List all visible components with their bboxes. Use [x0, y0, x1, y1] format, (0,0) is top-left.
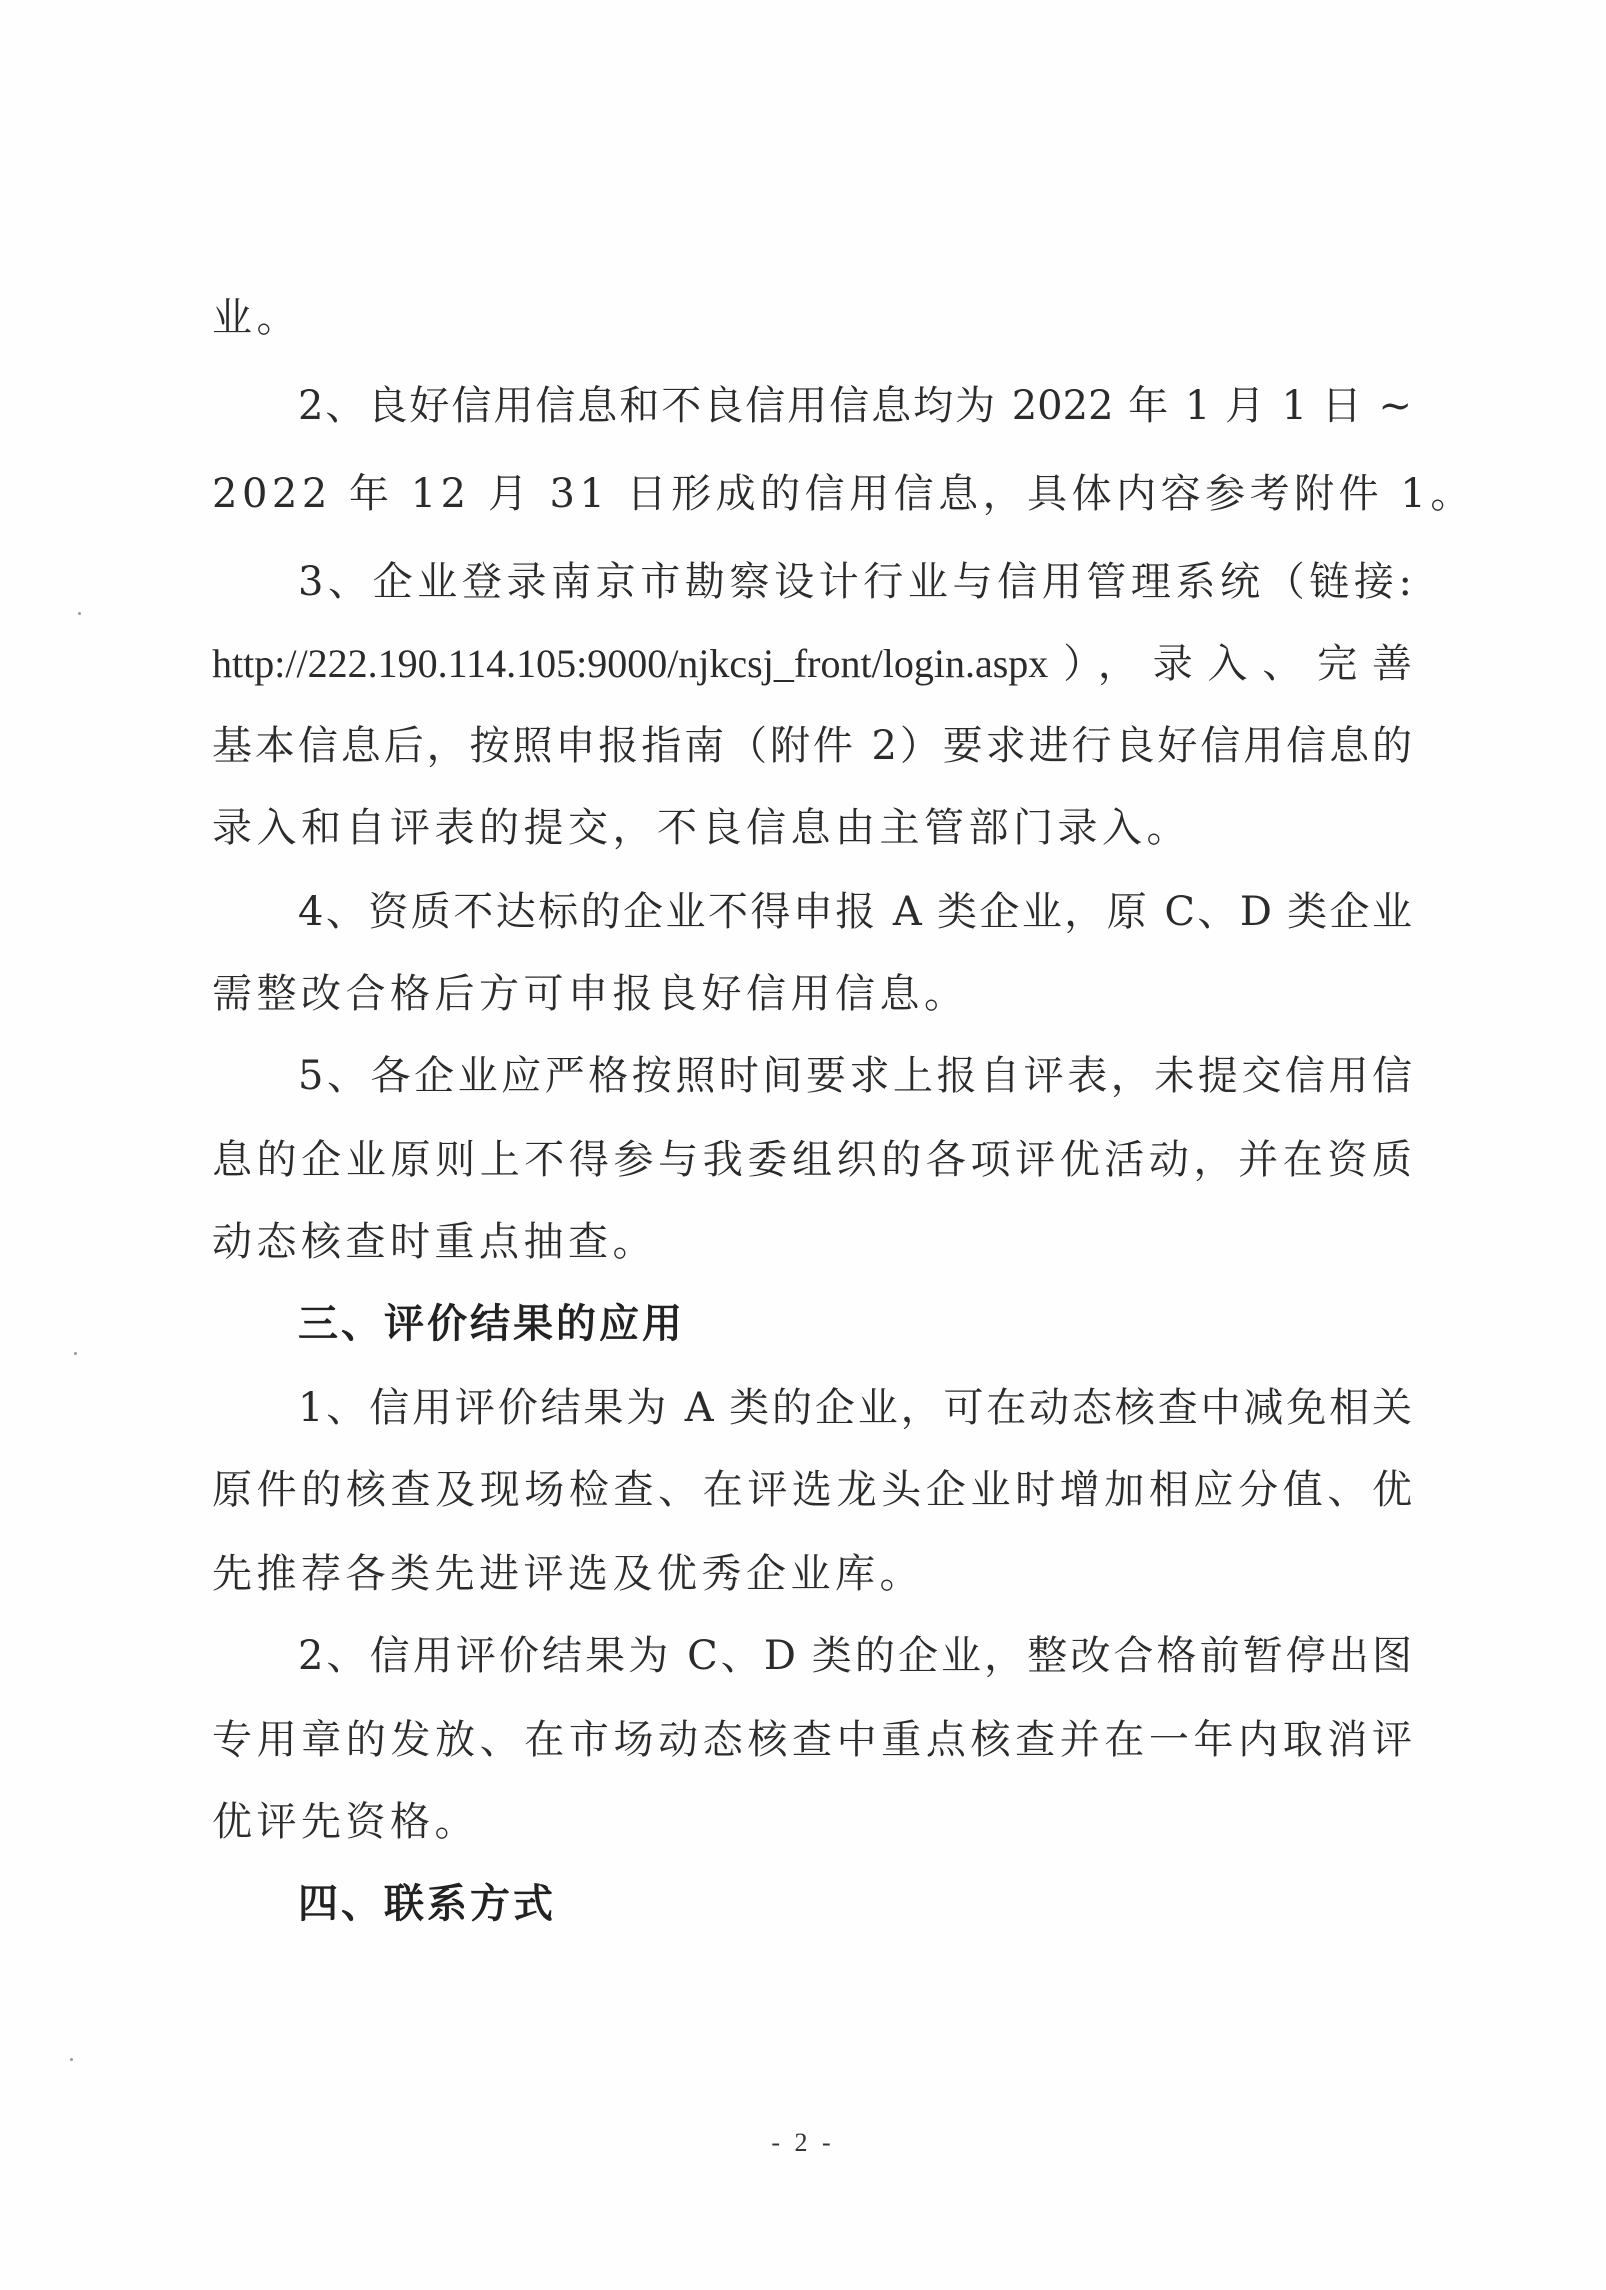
section-heading: 四、联系方式 [298, 1876, 1498, 1932]
paragraph-line: 录入和自评表的提交，不良信息由主管部门录入。 [212, 800, 1412, 856]
paragraph-line: 需整改合格后方可申报良好信用信息。 [212, 966, 1412, 1022]
scan-speck [78, 612, 81, 615]
paragraph-line: 专用章的发放、在市场动态核查中重点核查并在一年内取消评 [212, 1712, 1412, 1768]
paragraph-line: 2、信用评价结果为 C、D 类的企业，整改合格前暂停出图 [298, 1628, 1412, 1684]
paragraph-line: 2、良好信用信息和不良信用信息均为 2022 年 1 月 1 日 ~ [298, 378, 1412, 434]
paragraph-line: 基本信息后，按照申报指南（附件 2）要求进行良好信用信息的 [212, 718, 1412, 774]
scan-speck [74, 1352, 77, 1355]
paragraph-line: http://222.190.114.105:9000/njkcsj_front… [212, 636, 1412, 692]
paragraph-line: 动态核查时重点抽查。 [212, 1214, 1412, 1270]
section-heading: 三、评价结果的应用 [298, 1296, 1498, 1352]
paragraph-line: 先推荐各类先进评选及优秀企业库。 [212, 1546, 1412, 1602]
paragraph-line: 原件的核查及现场检查、在评选龙头企业时增加相应分值、优 [212, 1462, 1412, 1518]
document-page: 业。2、良好信用信息和不良信用信息均为 2022 年 1 月 1 日 ~2022… [0, 0, 1606, 2290]
paragraph-line: 2022 年 12 月 31 日形成的信用信息，具体内容参考附件 1。 [212, 466, 1412, 522]
paragraph-line: 优评先资格。 [212, 1794, 1412, 1850]
paragraph-line: 3、企业登录南京市勘察设计行业与信用管理系统（链接: [298, 554, 1412, 610]
paragraph-line: 4、资质不达标的企业不得申报 A 类企业，原 C、D 类企业 [298, 884, 1412, 940]
scan-speck [70, 2058, 73, 2061]
page-number: - 2 - [0, 2128, 1606, 2158]
paragraph-line: 息的企业原则上不得参与我委组织的各项评优活动，并在资质 [212, 1132, 1412, 1188]
paragraph-line: 1、信用评价结果为 A 类的企业，可在动态核查中减免相关 [298, 1380, 1412, 1436]
paragraph-line: 业。 [212, 290, 1412, 346]
paragraph-line: 5、各企业应严格按照时间要求上报自评表，未提交信用信 [298, 1048, 1412, 1104]
